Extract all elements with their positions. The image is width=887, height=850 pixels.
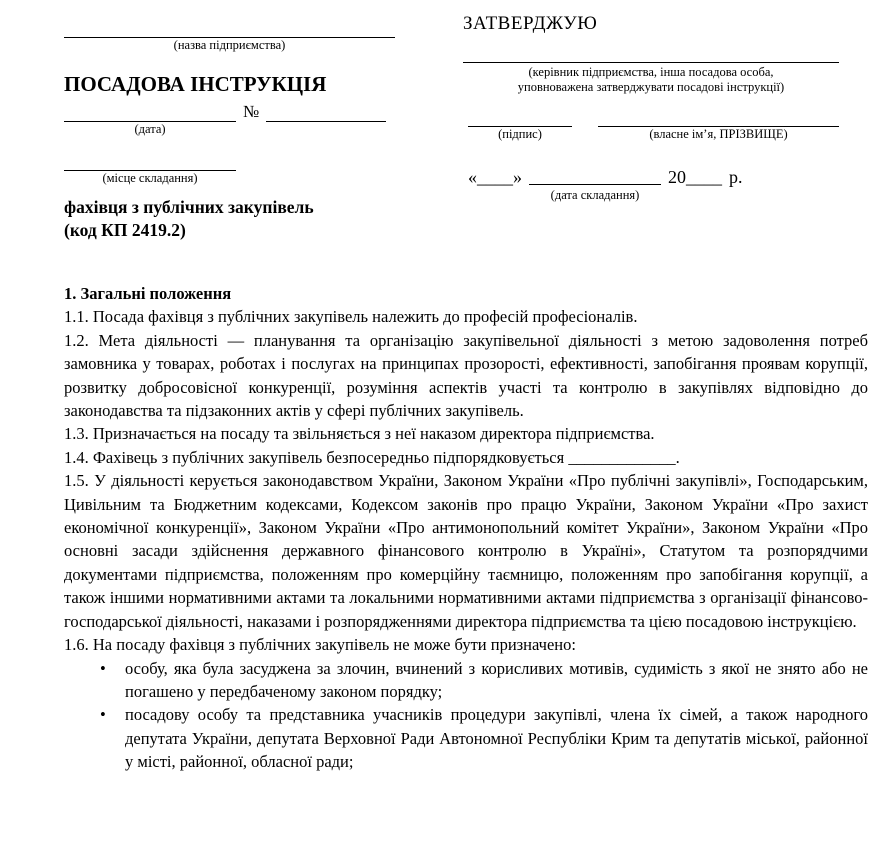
document-title: ПОСАДОВА ІНСТРУКЦІЯ xyxy=(64,71,395,97)
approver-blank-line xyxy=(463,50,839,63)
company-name-blank-line xyxy=(64,14,395,38)
number-blank-line xyxy=(266,103,386,122)
document-body: 1. Загальні положення 1.1. Посада фахівц… xyxy=(64,282,868,774)
position-title: фахівця з публічних закупівель xyxy=(64,196,314,219)
bullet-list: • особу, яка була засуджена за злочин, в… xyxy=(64,657,868,774)
document-page: (назва підприємства) ПОСАДОВА ІНСТРУКЦІЯ… xyxy=(0,0,887,850)
date-number-row: № xyxy=(64,102,395,122)
date-caption: (дата) xyxy=(64,122,236,137)
header-left: (назва підприємства) ПОСАДОВА ІНСТРУКЦІЯ… xyxy=(64,14,395,186)
approve-heading: ЗАТВЕРДЖУЮ xyxy=(463,12,839,36)
name-column: (власне ім’я, ПРІЗВИЩЕ) xyxy=(598,111,839,142)
approval-date-day-blank: «____» xyxy=(468,166,522,188)
place-blank-line xyxy=(64,146,236,171)
approval-date-row: «____» (дата складання) 20____ р. xyxy=(468,166,839,188)
signature-blank-line xyxy=(468,111,572,127)
approver-caption-line2: уповноважена затверджувати посадові інст… xyxy=(463,80,839,95)
signature-caption: (підпис) xyxy=(468,127,572,142)
bullet-item-text: особу, яка була засуджена за злочин, вчи… xyxy=(125,659,868,701)
paragraph-1-6: 1.6. На посаду фахівця з публічних закуп… xyxy=(64,633,868,656)
approval-date-year-blank: 20____ xyxy=(668,166,722,188)
paragraph-1-4: 1.4. Фахівець з публічних закупівель без… xyxy=(64,446,868,469)
bullet-item: • посадову особу та представника учасник… xyxy=(64,703,868,773)
name-caption: (власне ім’я, ПРІЗВИЩЕ) xyxy=(598,127,839,142)
approver-caption-line1: (керівник підприємства, інша посадова ос… xyxy=(463,65,839,80)
approval-date-caption: (дата складання) xyxy=(551,188,640,203)
bullet-item-text: посадову особу та представника учасників… xyxy=(125,705,868,771)
place-caption: (місце складання) xyxy=(64,171,236,186)
approval-date-month-blank: (дата складання) xyxy=(529,168,661,188)
signature-column: (підпис) xyxy=(468,111,572,142)
paragraph-1-2: 1.2. Мета діяльності — планування та орг… xyxy=(64,329,868,423)
bullet-icon: • xyxy=(100,657,106,680)
date-blank-line xyxy=(64,103,236,122)
position-title-block: фахівця з публічних закупівель (код КП 2… xyxy=(64,196,314,241)
signature-row: (підпис) (власне ім’я, ПРІЗВИЩЕ) xyxy=(463,111,839,142)
paragraph-1-3: 1.3. Призначається на посаду та звільняє… xyxy=(64,422,868,445)
section-title: 1. Загальні положення xyxy=(64,282,868,305)
header-right: ЗАТВЕРДЖУЮ (керівник підприємства, інша … xyxy=(463,12,839,188)
bullet-item: • особу, яка була засуджена за злочин, в… xyxy=(64,657,868,704)
bullet-icon: • xyxy=(100,703,106,726)
approval-date-suffix: р. xyxy=(729,166,743,188)
paragraph-1-5: 1.5. У діяльності керується законодавств… xyxy=(64,469,868,633)
name-blank-line xyxy=(598,111,839,127)
position-code: (код КП 2419.2) xyxy=(64,219,314,242)
approval-date-blank-line xyxy=(529,184,661,185)
paragraph-1-1: 1.1. Посада фахівця з публічних закупіве… xyxy=(64,305,868,328)
number-sign: № xyxy=(236,102,266,122)
company-name-caption: (назва підприємства) xyxy=(64,38,395,53)
